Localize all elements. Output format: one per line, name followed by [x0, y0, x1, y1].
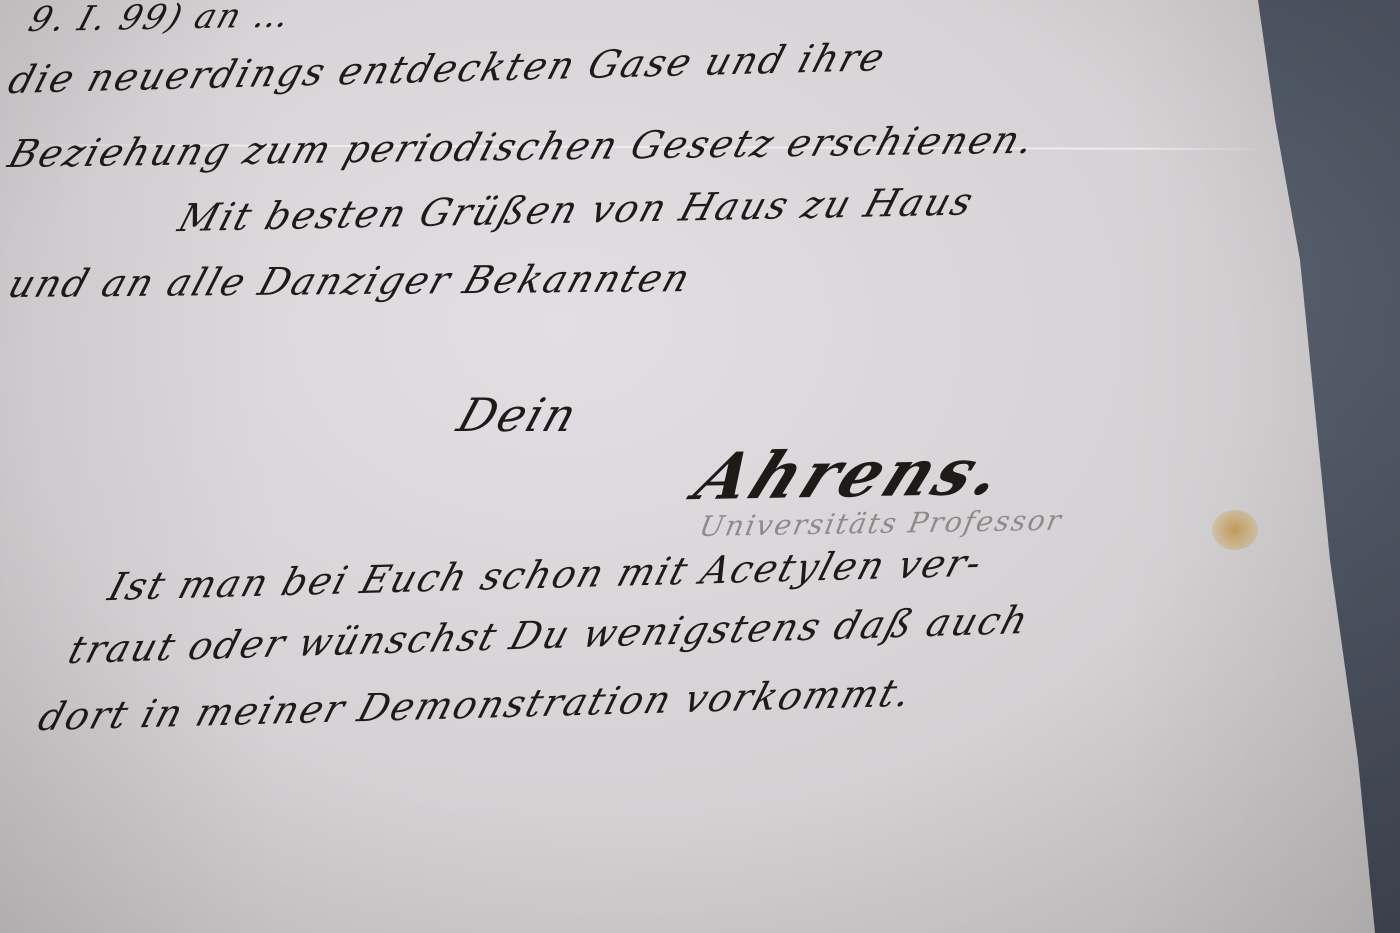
letter-line-3: Beziehung zum periodischen Gesetz erschi… — [3, 118, 1041, 177]
letter-line-1: 9. I. 99) an … — [24, 0, 297, 40]
letter-closing: Dein — [451, 388, 585, 442]
letter-line-5: und an alle Danziger Bekannten — [3, 256, 697, 306]
signature: Ahrens. — [684, 434, 1020, 515]
foxing-stain — [1212, 510, 1258, 550]
pencil-annotation: Universitäts Professor — [697, 504, 1066, 543]
postscript-line-2: traut oder wünschst Du wenigstens daß au… — [64, 598, 1035, 673]
postscript-line-1: Ist man bei Euch schon mit Acetylen ver- — [103, 540, 988, 609]
letter-paper: 9. I. 99) an … die neuerdings entdeckten… — [0, 0, 1400, 933]
postscript-line-3: dort in meiner Demonstration vorkommt. — [33, 670, 918, 739]
photo-scene: 9. I. 99) an … die neuerdings entdeckten… — [0, 0, 1400, 933]
letter-line-2: die neuerdings entdeckten Gase und ihre — [3, 35, 891, 102]
letter-line-greeting: Mit besten Grüßen von Haus zu Haus — [173, 179, 980, 240]
